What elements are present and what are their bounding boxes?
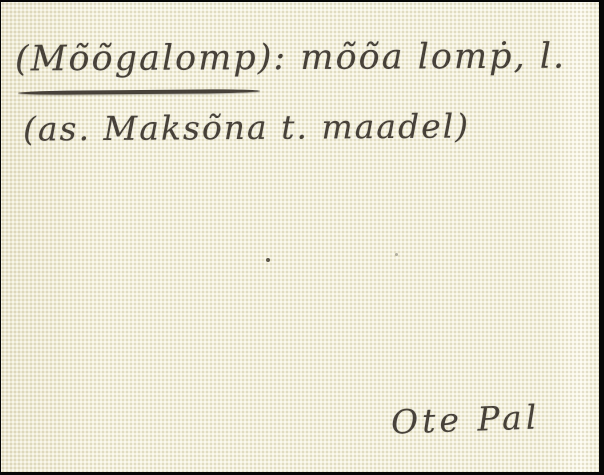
collector-note: Ote Pal (390, 397, 541, 441)
headword: (Mõõgalomp (15, 38, 258, 79)
scanned-card-page: { "card": { "headword": "(Mõõgalomp", "h… (0, 0, 604, 475)
headword-gloss: ): mõõa lomṗ, l. (258, 37, 567, 79)
index-card: (Mõõgalomp): mõõa lomṗ, l. (as. Maksõna … (1, 2, 599, 472)
underline-stroke (18, 89, 260, 95)
ink-speck (266, 258, 270, 262)
location-note: (as. Maksõna t. maadel) (23, 106, 470, 148)
headword-line: (Mõõgalomp): mõõa lomṗ, l. (15, 37, 566, 80)
ink-speck (395, 253, 398, 256)
